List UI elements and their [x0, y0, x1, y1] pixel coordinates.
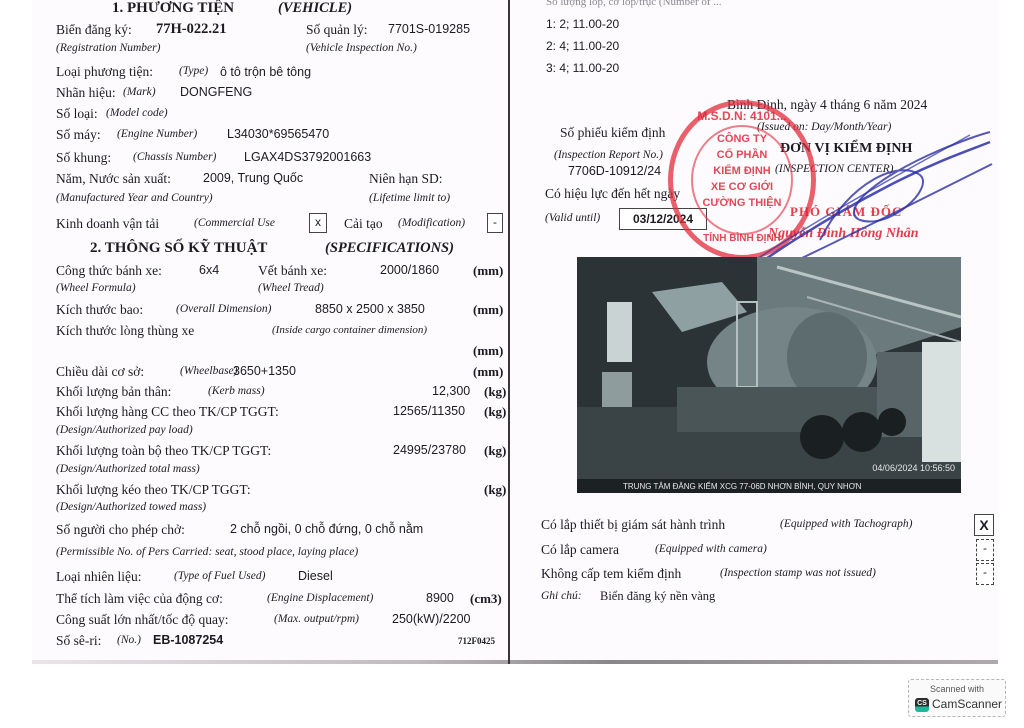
inspection-no-label: Số quản lý:: [306, 22, 368, 38]
total-mass-value: 24995/23780: [393, 443, 466, 457]
payload-label-en: (Design/Authorized pay load): [56, 424, 193, 436]
no-stamp-checkbox: -: [976, 563, 994, 585]
manufactured-label: Năm, Nước sản xuất:: [56, 171, 171, 187]
wheel-formula-label: Công thức bánh xe:: [56, 263, 162, 279]
overall-dim-value: 8850 x 2500 x 3850: [315, 302, 425, 316]
commercial-label-en: (Commercial Use: [194, 217, 275, 229]
overall-dim-label-en: (Overall Dimension): [176, 303, 272, 315]
displacement-unit: (cm3): [470, 591, 502, 607]
wheelbase-label-en: (Wheelbase): [180, 365, 237, 377]
commercial-checkbox: x: [309, 213, 327, 233]
camera-label-en: (Equipped with camera): [655, 543, 767, 555]
wheelbase-value: 3650+1350: [233, 364, 296, 378]
total-mass-label-en: (Design/Authorized total mass): [56, 463, 200, 475]
payload-value: 12565/11350: [393, 404, 465, 418]
wheel-tread-label: Vết bánh xe:: [258, 263, 327, 279]
wheelbase-label: Chiều dài cơ sở:: [56, 364, 144, 380]
note-label: Ghi chú:: [541, 590, 582, 602]
type-label-en: (Type): [179, 65, 208, 77]
inspection-no-label-en: (Vehicle Inspection No.): [306, 42, 417, 54]
section1-title-en: (VEHICLE): [278, 0, 352, 17]
cargo-dim-unit: (mm): [473, 343, 503, 359]
mark-label-en: (Mark): [123, 86, 156, 98]
manufactured-value: 2009, Trung Quốc: [203, 171, 303, 185]
mark-label: Nhãn hiệu:: [56, 85, 116, 101]
fuel-value: Diesel: [298, 569, 333, 583]
modification-checkbox: -: [487, 213, 503, 233]
tyre-row-1: 1: 2; 11.00-20: [546, 17, 619, 31]
fuel-label-en: (Type of Fuel Used): [174, 570, 265, 582]
inspection-no-value: 7701S-019285: [388, 22, 470, 36]
lifetime-label-en: (Lifetime limit to): [369, 192, 450, 204]
wheel-formula-value: 6x4: [199, 263, 219, 277]
kerb-mass-label-en: (Kerb mass): [208, 385, 265, 397]
kerb-mass-value: 12,300: [432, 384, 470, 398]
kerb-mass-unit: (kg): [484, 384, 506, 400]
valid-label: Có hiệu lực đến hết ngày: [545, 186, 680, 202]
report-value: 7706D-10912/24: [568, 164, 661, 178]
commercial-label: Kinh doanh vận tải: [56, 216, 159, 232]
tachograph-checkbox: X: [974, 514, 994, 536]
report-label: Số phiếu kiểm định: [560, 125, 665, 141]
vehicle-photo: 04/06/2024 10:56:50 TRUNG TÂM ĐĂNG KIỂM …: [577, 257, 961, 493]
max-output-value: 250(kW)/2200: [392, 612, 471, 626]
serial-code: 712F0425: [458, 636, 495, 646]
wheel-tread-unit: (mm): [473, 263, 503, 279]
displacement-label-en: (Engine Displacement): [267, 592, 373, 604]
section2-title: 2. THÔNG SỐ KỸ THUẬT: [90, 240, 267, 257]
persons-label: Số người cho phép chở:: [56, 522, 185, 538]
tachograph-label: Có lắp thiết bị giám sát hành trình: [541, 517, 725, 533]
payload-label: Khối lượng hàng CC theo TK/CP TGGT:: [56, 404, 279, 420]
camscanner-watermark: Scanned with CS CamScanner: [908, 679, 1006, 717]
cargo-dim-label-en: (Inside cargo container dimension): [272, 324, 427, 336]
model-label-en: (Model code): [106, 107, 168, 119]
fuel-label: Loại nhiên liệu:: [56, 569, 141, 585]
tachograph-label-en: (Equipped with Tachograph): [780, 518, 912, 530]
registration-label: Biển đăng ký:: [56, 22, 132, 38]
registration-value: 77H-022.21: [156, 21, 226, 38]
serial-label: Số sê-ri:: [56, 633, 101, 649]
photo-timestamp: 04/06/2024 10:56:50: [872, 463, 955, 473]
kerb-mass-label: Khối lượng bản thân:: [56, 384, 171, 400]
modification-label: Cải tạo: [344, 216, 383, 232]
displacement-label: Thể tích làm việc của động cơ:: [56, 591, 223, 607]
section2-title-en: (SPECIFICATIONS): [325, 240, 454, 257]
max-output-label: Công suất lớn nhất/tốc độ quay:: [56, 612, 229, 628]
towed-mass-unit: (kg): [484, 482, 506, 498]
payload-unit: (kg): [484, 404, 506, 420]
camera-checkbox: -: [976, 539, 994, 561]
type-label: Loại phương tiện:: [56, 64, 153, 80]
note-value: Biển đăng ký nền vàng: [600, 589, 715, 604]
engine-label-en: (Engine Number): [117, 128, 197, 140]
serial-value: EB-1087254: [153, 633, 223, 647]
page-fold-divider: [508, 0, 510, 664]
chassis-label-en: (Chassis Number): [133, 151, 216, 163]
modification-label-en: (Modification): [398, 217, 465, 229]
tyres-header: Số lượng lốp, cỡ lốp/trục (Number of ...: [546, 0, 722, 8]
model-label: Số loại:: [56, 106, 98, 122]
displacement-value: 8900: [426, 591, 454, 605]
no-stamp-label: Không cấp tem kiểm định: [541, 566, 681, 582]
registration-label-en: (Registration Number): [56, 42, 160, 54]
persons-value: 2 chỗ ngồi, 0 chỗ đứng, 0 chỗ nằm: [230, 522, 423, 536]
report-label-en: (Inspection Report No.): [554, 149, 663, 161]
cargo-dim-label: Kích thước lòng thùng xe: [56, 323, 194, 339]
photo-caption: TRUNG TÂM ĐĂNG KIỂM XCG 77-06D NHƠN BÌNH…: [623, 482, 861, 491]
chassis-label: Số khung:: [56, 150, 111, 166]
watermark-brand: CamScanner: [932, 697, 1002, 711]
tyre-row-2: 2: 4; 11.00-20: [546, 39, 619, 53]
mark-value: DONGFENG: [180, 85, 252, 99]
towed-mass-label-en: (Design/Authorized towed mass): [56, 501, 206, 513]
watermark-caption: Scanned with: [909, 684, 1005, 694]
manufactured-label-en: (Manufactured Year and Country): [56, 192, 213, 204]
concrete-mixer-truck-image: [577, 257, 961, 493]
section1-title: 1. PHƯƠNG TIỆN: [112, 0, 234, 17]
total-mass-label: Khối lượng toàn bộ theo TK/CP TGGT:: [56, 443, 271, 459]
tyre-row-3: 3: 4; 11.00-20: [546, 61, 619, 75]
overall-dim-label: Kích thước bao:: [56, 302, 143, 318]
camscanner-logo-icon: CS: [915, 698, 929, 712]
type-value: ô tô trộn bê tông: [220, 65, 311, 79]
wheel-tread-value: 2000/1860: [380, 263, 439, 277]
valid-label-en: (Valid until): [545, 212, 600, 224]
serial-label-en: (No.): [117, 634, 141, 646]
max-output-label-en: (Max. output/rpm): [274, 613, 359, 625]
no-stamp-label-en: (Inspection stamp was not issued): [720, 567, 876, 579]
chassis-value: LGAX4DS3792001663: [244, 150, 371, 164]
wheelbase-unit: (mm): [473, 364, 503, 380]
engine-value: L34030*69565470: [227, 127, 329, 141]
overall-dim-unit: (mm): [473, 302, 503, 318]
camera-label: Có lắp camera: [541, 542, 619, 558]
wheel-formula-label-en: (Wheel Formula): [56, 282, 136, 294]
lifetime-label: Niên hạn SD:: [369, 171, 443, 187]
wheel-tread-label-en: (Wheel Tread): [258, 282, 324, 294]
engine-label: Số máy:: [56, 127, 101, 143]
total-mass-unit: (kg): [484, 443, 506, 459]
towed-mass-label: Khối lượng kéo theo TK/CP TGGT:: [56, 482, 251, 498]
persons-label-en: (Permissible No. of Pers Carried: seat, …: [56, 546, 358, 558]
